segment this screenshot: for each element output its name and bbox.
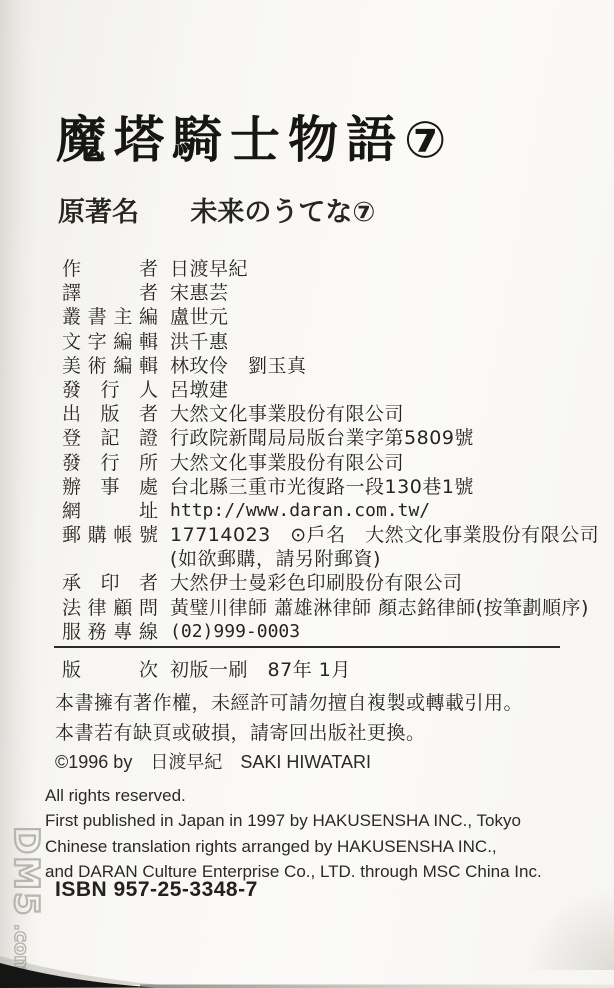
credit-label: 出版者 — [62, 402, 158, 426]
credit-label: 文字編輯 — [62, 330, 158, 354]
credit-row-service-hotline: 服務專線 (02)999-0003 — [62, 620, 582, 644]
copyright-author-line: ©1996 by 日渡早紀 SAKI HIWATARI — [55, 750, 542, 776]
credit-label: 辦事處 — [62, 475, 158, 499]
credit-row-distributor: 發行所 大然文化事業股份有限公司 — [62, 451, 582, 475]
credit-value: 17714023 ⊙戶名 大然文化事業股份有限公司 — [170, 523, 599, 547]
first-published-line: First published in Japan in 1997 by HAKU… — [45, 808, 542, 834]
scanned-colophon-page: 魔塔騎士物語⑦ 原著名 未来のうてな⑦ 作者 日渡早紀 譯者 宋惠芸 叢書主編 … — [0, 0, 614, 988]
credit-value: 大然文化事業股份有限公司 — [170, 451, 404, 475]
scan-bottom-edge — [0, 948, 614, 988]
credit-label: 發行人 — [62, 378, 158, 402]
website-url-text: http://www.daran.com.tw/ — [170, 499, 430, 523]
isbn-number: ISBN 957-25-3348-7 — [55, 878, 258, 902]
credit-value: 黃璧川律師 蕭雄淋律師 顏志銘律師(按筆劃順序) — [170, 596, 589, 620]
publication-credits: 作者 日渡早紀 譯者 宋惠芸 叢書主編 盧世元 文字編輯 洪千惠 美術編輯 林玫… — [62, 257, 582, 644]
credit-row-translator: 譯者 宋惠芸 — [62, 281, 582, 305]
watermark-text: DM5 — [6, 826, 46, 918]
credit-label: 作者 — [62, 257, 158, 281]
credit-label: 郵購帳號 — [62, 523, 158, 547]
copyright-notices: 本書擁有著作權，未經許可請勿擅自複製或轉載引用。 本書若有缺頁或破損，請寄回出版… — [55, 688, 523, 748]
credit-value: 日渡早紀 — [170, 257, 248, 281]
credit-row-art-editor: 美術編輯 林玫伶 劉玉真 — [62, 354, 582, 378]
credit-value: 台北縣三重市光復路一段130巷1號 — [170, 475, 474, 499]
watermark-suffix: .com — [10, 924, 32, 975]
credit-value: 洪千惠 — [170, 330, 229, 354]
credit-row-office-address: 辦事處 台北縣三重市光復路一段130巷1號 — [62, 475, 582, 499]
credit-label: 叢書主編 — [62, 305, 158, 329]
notice-replacement: 本書若有缺頁或破損，請寄回出版社更換。 — [55, 718, 523, 748]
original-title-value: 未来のうてな⑦ — [190, 197, 375, 228]
credit-value: (如欲郵購，請另附郵資) — [170, 547, 381, 571]
book-title: 魔塔騎士物語⑦ — [56, 100, 454, 172]
credit-row-legal-advisors: 法律顧問 黃璧川律師 蕭雄淋律師 顏志銘律師(按筆劃順序) — [62, 596, 582, 620]
credit-row-mail-order-note: (如欲郵購，請另附郵資) — [62, 547, 582, 571]
credit-row-website: 網址 http://www.daran.com.tw/ — [62, 499, 582, 523]
credit-row-author: 作者 日渡早紀 — [62, 257, 582, 281]
credit-value: 大然文化事業股份有限公司 — [170, 402, 404, 426]
all-rights-reserved-line: All rights reserved. — [45, 783, 542, 809]
credit-label: 服務專線 — [62, 620, 158, 644]
scan-corner-shadow — [524, 890, 614, 970]
credit-label: 譯者 — [62, 281, 158, 305]
credit-row-publisher-person: 發行人 呂墩建 — [62, 378, 582, 402]
credit-row-registration: 登記證 行政院新聞局局版台業字第5809號 — [62, 426, 582, 450]
translation-rights-line: Chinese translation rights arranged by H… — [45, 834, 542, 860]
notice-no-reproduction: 本書擁有著作權，未經許可請勿擅自複製或轉載引用。 — [55, 688, 523, 718]
credit-row-printer: 承印者 大然伊士曼彩色印刷股份有限公司 — [62, 571, 582, 595]
original-title-label: 原著名 — [58, 197, 139, 228]
credit-value: (02)999-0003 — [170, 620, 300, 644]
credit-row-publisher-company: 出版者 大然文化事業股份有限公司 — [62, 402, 582, 426]
credit-row-text-editor: 文字編輯 洪千惠 — [62, 330, 582, 354]
original-title-row: 原著名 未来のうてな⑦ — [58, 190, 375, 229]
credit-label: 網址 — [62, 499, 158, 523]
credit-label: 美術編輯 — [62, 354, 158, 378]
credit-label: 承印者 — [62, 571, 158, 595]
credit-value: 林玫伶 劉玉真 — [170, 354, 307, 378]
credit-value: 大然伊士曼彩色印刷股份有限公司 — [170, 571, 463, 595]
edition-row: 版次 初版一刷 87年 1月 — [62, 658, 351, 682]
credit-label: 登記證 — [62, 426, 158, 450]
credit-value: 行政院新聞局局版台業字第5809號 — [170, 426, 474, 450]
credit-value: 宋惠芸 — [170, 281, 229, 305]
credit-label: 發行所 — [62, 451, 158, 475]
credit-value: 呂墩建 — [170, 378, 229, 402]
credit-row-mail-order-account: 郵購帳號 17714023 ⊙戶名 大然文化事業股份有限公司 — [62, 523, 582, 547]
scan-left-shadow — [0, 0, 36, 988]
credit-row-series-editor: 叢書主編 盧世元 — [62, 305, 582, 329]
credit-label: 法律顧問 — [62, 596, 158, 620]
edition-label: 版次 — [62, 658, 158, 682]
credit-value: 盧世元 — [170, 305, 229, 329]
dm5-watermark: DM5.com — [6, 826, 46, 975]
horizontal-rule — [54, 646, 560, 648]
english-copyright-block: ©1996 by 日渡早紀 SAKI HIWATARI All rights r… — [45, 750, 542, 885]
edition-value: 初版一刷 87年 1月 — [170, 658, 351, 682]
